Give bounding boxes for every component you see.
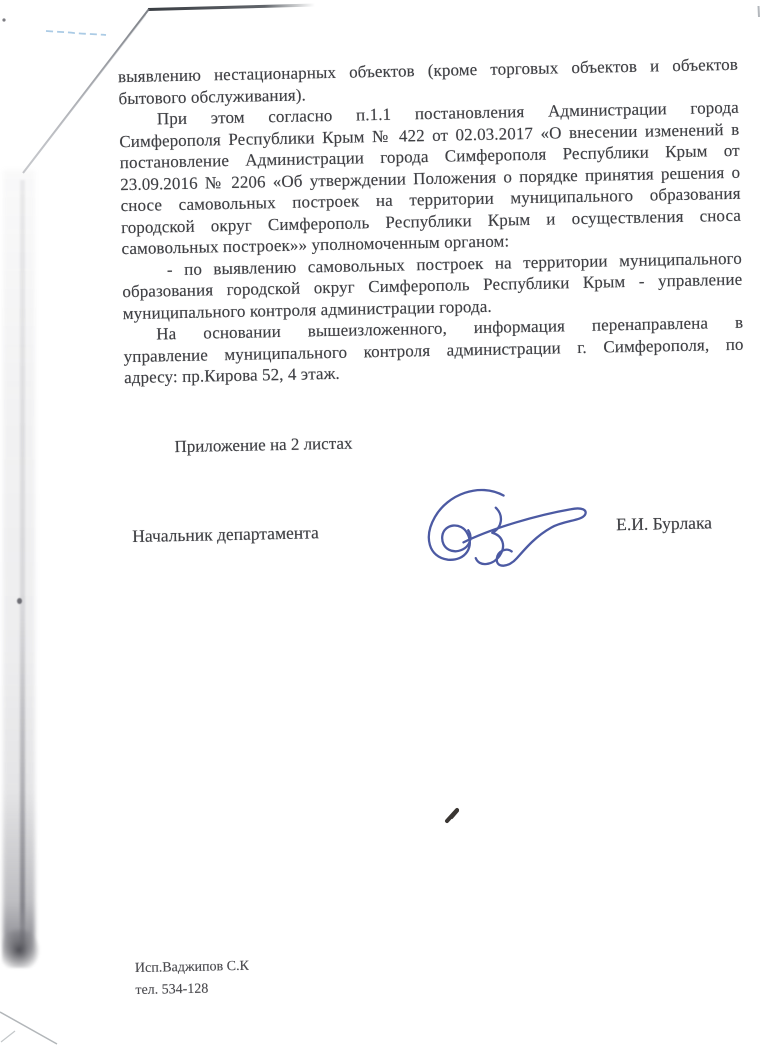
- signature-tail-stroke: [463, 508, 587, 566]
- executor-footer: Исп.Ваджипов С.К тел. 534-128: [135, 956, 250, 1002]
- handwritten-signature: [407, 478, 599, 582]
- attachment-note: Приложение на 2 листах: [174, 434, 352, 458]
- signer-position-title: Начальник департамента: [132, 522, 319, 547]
- letter-content: выявлению нестационарных объектов (кроме…: [0, 0, 765, 1053]
- letter-body-text: выявлению нестационарных объектов (кроме…: [118, 54, 744, 389]
- signature-loop-stroke: [428, 490, 505, 561]
- signer-name: Е.И. Бурлака: [616, 512, 712, 535]
- executor-name: Исп.Ваджипов С.К: [135, 956, 249, 980]
- executor-phone: тел. 534-128: [135, 978, 249, 1002]
- top-right-tick: [759, 6, 760, 17]
- scanned-letter-page: { "page": { "kind": "scanned official le…: [0, 0, 765, 1053]
